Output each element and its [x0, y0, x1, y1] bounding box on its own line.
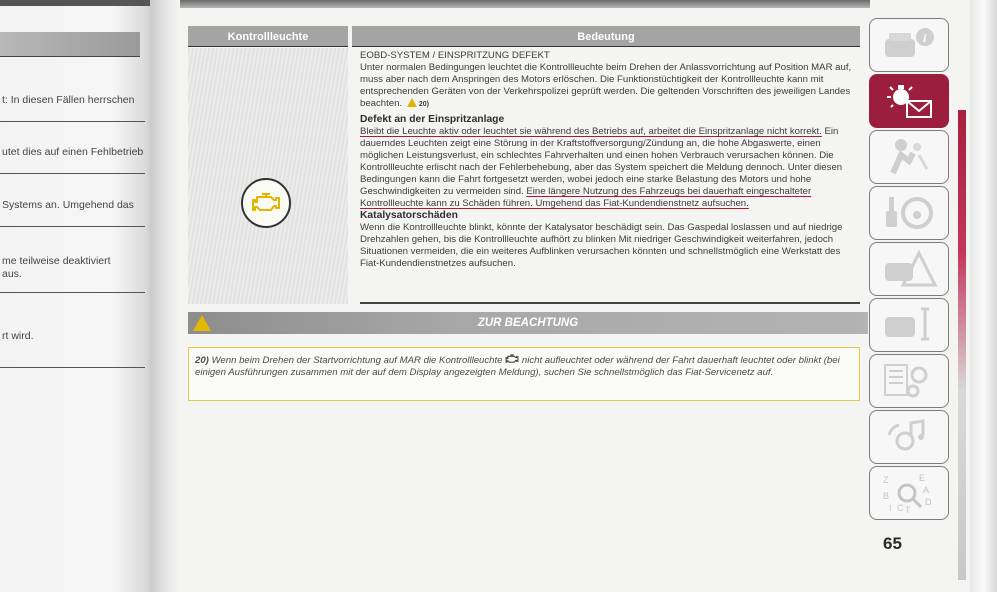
right-page: Kontrollleuchte Bedeutung EOBD-SYSTEM / …: [180, 0, 997, 592]
page-number: 65: [883, 534, 902, 554]
column-header-warning-light: Kontrollleuchte: [188, 26, 348, 47]
svg-text:I: I: [889, 503, 892, 513]
section-heading: Katalysatorschäden: [360, 210, 860, 222]
maintenance-tab[interactable]: [869, 298, 949, 352]
book-gutter: [150, 0, 180, 592]
warning-light-message-icon: [879, 79, 939, 123]
car-wrench-icon: [879, 303, 939, 347]
intro-paragraph: Unter normalen Bedingungen leuchtet die …: [360, 62, 860, 111]
left-table-header: [0, 32, 140, 57]
warning-triangle-icon: [407, 98, 417, 107]
svg-text:Z: Z: [883, 475, 889, 485]
divider: [0, 367, 145, 368]
section-heading: Defekt an der Einspritzanlage: [360, 114, 860, 126]
technical-data-tab[interactable]: [869, 354, 949, 408]
attention-note: 20) Wenn beim Drehen der Startvorrichtun…: [188, 347, 860, 401]
footnote-ref[interactable]: 20): [419, 101, 429, 108]
divider: [360, 302, 860, 304]
svg-text:C: C: [897, 503, 904, 513]
left-text-fragment: Systems an. Umgehend das: [2, 199, 134, 212]
svg-text:D: D: [925, 497, 932, 507]
attention-header: ZUR BEACHTUNG: [188, 312, 868, 334]
attention-title: ZUR BEACHTUNG: [188, 312, 868, 334]
page-top-edge: [180, 0, 870, 8]
column-header-meaning: Bedeutung: [352, 26, 860, 47]
divider: [0, 121, 145, 122]
airbag-seatbelt-icon: [879, 135, 939, 179]
note-number: 20): [195, 355, 209, 366]
svg-text:B: B: [883, 491, 889, 501]
page-top-edge: [0, 0, 160, 6]
divider: [0, 173, 145, 174]
engine-check-icon: [241, 178, 291, 228]
safety-airbag-tab[interactable]: [869, 130, 949, 184]
page-edge: [970, 0, 997, 592]
svg-text:T: T: [905, 505, 911, 515]
note-text: Wenn beim Drehen der Startvorrichtung au…: [209, 355, 505, 366]
engine-check-icon: [505, 355, 519, 366]
divider: [0, 226, 145, 227]
tab-edge-strip: [958, 110, 966, 580]
car-warning-triangle-icon: [879, 247, 939, 291]
key-steering-wheel-icon: [879, 191, 939, 235]
warning-light-table: Kontrollleuchte Bedeutung EOBD-SYSTEM / …: [188, 26, 860, 304]
starting-driving-tab[interactable]: [869, 186, 949, 240]
divider: [0, 292, 145, 293]
svg-text:E: E: [919, 473, 925, 483]
signal-music-icon: [879, 415, 939, 459]
warning-light-cell: [188, 48, 348, 304]
car-info-icon: i: [879, 23, 939, 67]
intro-text: Unter normalen Bedingungen leuchtet die …: [360, 62, 851, 109]
left-page: t: In diesen Fällen herrschen utet dies …: [0, 0, 160, 592]
alphabet-search-icon: ZEABDICT: [879, 471, 939, 515]
left-text-fragment: rt wird.: [2, 330, 34, 343]
car-info-tab[interactable]: i: [869, 18, 949, 72]
section-paragraph: Wenn die Kontrollleuchte blinkt, könnte …: [360, 222, 860, 270]
section-paragraph: Bleibt die Leuchte aktiv oder leuchtet s…: [360, 126, 860, 210]
meaning-cell: EOBD-SYSTEM / EINSPRITZUNG DEFEKT Unter …: [360, 50, 860, 270]
emergency-tab[interactable]: [869, 242, 949, 296]
multimedia-tab[interactable]: [869, 410, 949, 464]
left-text-fragment: t: In diesen Fällen herrschen: [2, 94, 135, 107]
index-tab[interactable]: ZEABDICT: [869, 466, 949, 520]
left-text-fragment: me teilweise deaktiviert aus.: [2, 255, 111, 281]
document-gears-icon: [879, 359, 939, 403]
warning-lights-messages-tab[interactable]: [869, 74, 949, 128]
left-text-fragment: utet dies auf einen Fehlbetrieb: [2, 146, 143, 159]
warning-title: EOBD-SYSTEM / EINSPRITZUNG DEFEKT: [360, 50, 860, 62]
svg-text:A: A: [923, 485, 929, 495]
highlighted-text: Bleibt die Leuchte aktiv oder leuchtet s…: [360, 126, 822, 137]
